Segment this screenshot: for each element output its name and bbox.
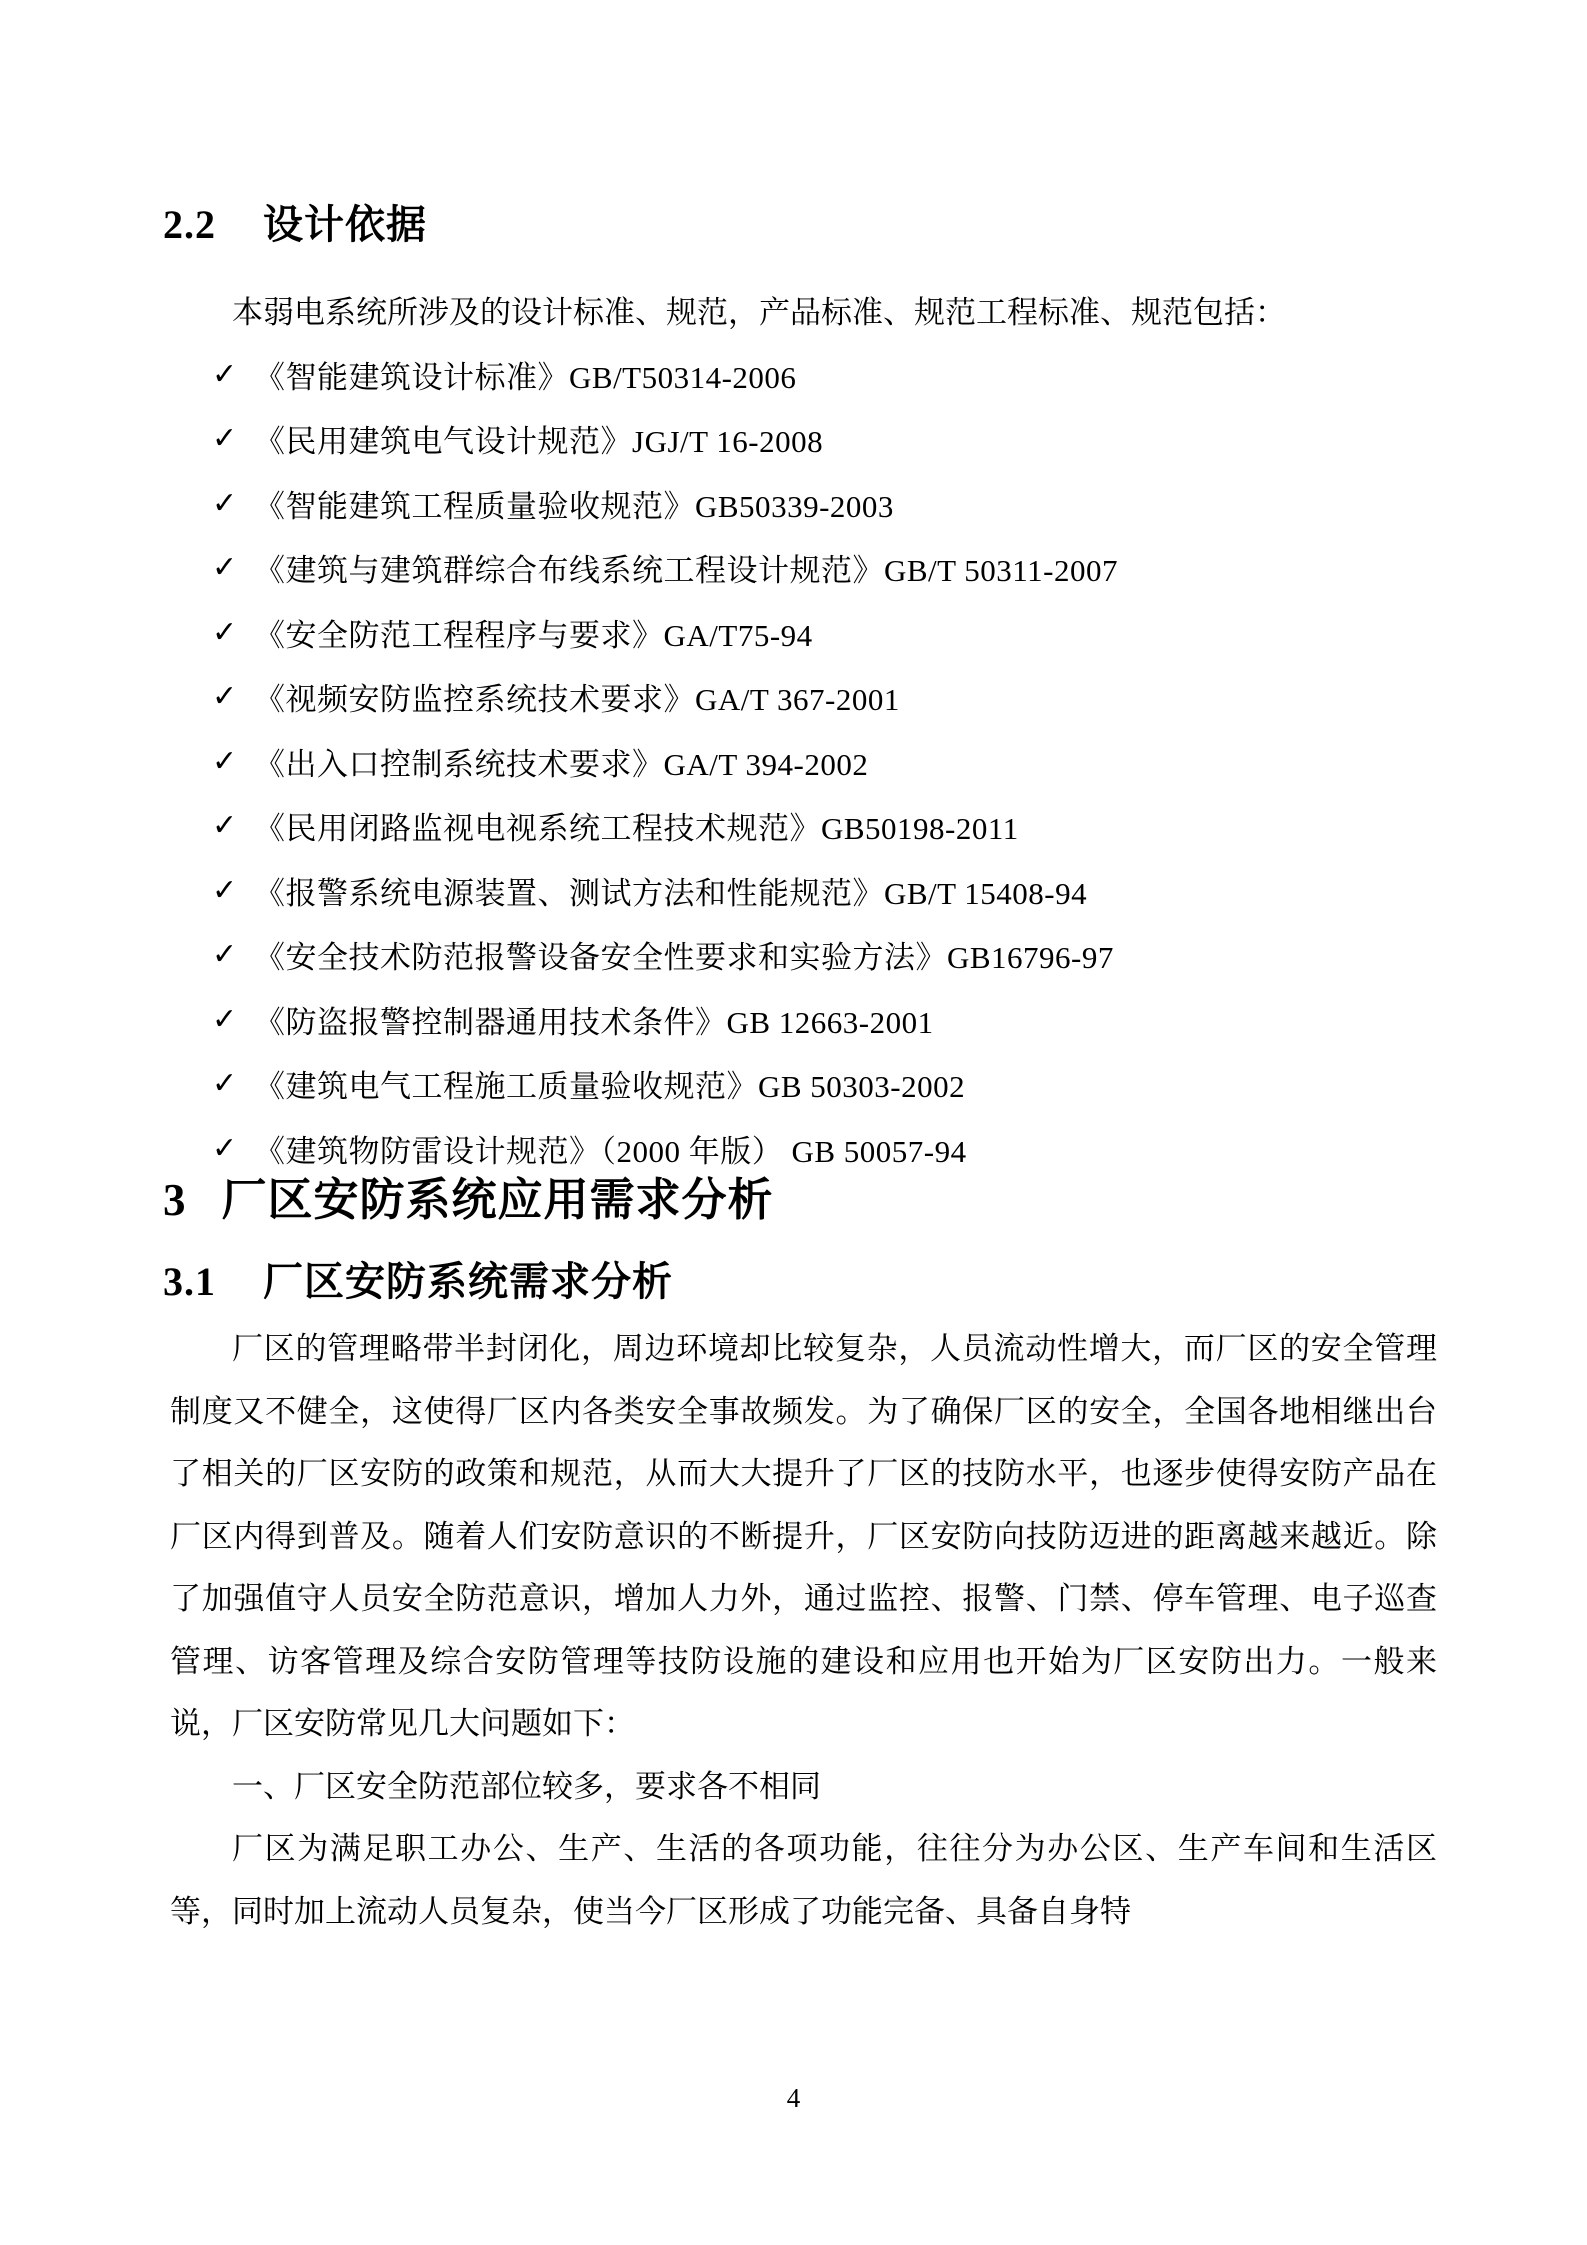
checkmark-icon: ✓ bbox=[212, 937, 254, 972]
section-number: 2.2 bbox=[163, 202, 216, 247]
list-item: ✓《视频安防监控系统技术要求》GA/T 367-2001 bbox=[212, 665, 1118, 730]
paragraph: 厂区的管理略带半封闭化，周边环境却比较复杂，人员流动性增大，而厂区的安全管理制度… bbox=[170, 1318, 1437, 1756]
section-title: 厂区安防系统应用需求分析 bbox=[222, 1174, 774, 1225]
document-page: 2.2设计依据 本弱电系统所涉及的设计标准、规范，产品标准、规范工程标准、规范包… bbox=[0, 0, 1587, 2245]
checkmark-icon: ✓ bbox=[212, 615, 254, 650]
body-text-block: 厂区的管理略带半封闭化，周边环境却比较复杂，人员流动性增大，而厂区的安全管理制度… bbox=[170, 1318, 1437, 1943]
standard-text: 《智能建筑设计标准》GB/T50314-2006 bbox=[254, 352, 796, 397]
section-title: 设计依据 bbox=[263, 203, 427, 247]
checkmark-icon: ✓ bbox=[212, 357, 254, 392]
checkmark-icon: ✓ bbox=[212, 550, 254, 585]
standard-text: 《安全防范工程程序与要求》GA/T75-94 bbox=[254, 610, 813, 655]
standard-text: 《出入口控制系统技术要求》GA/T 394-2002 bbox=[254, 739, 868, 784]
checkmark-icon: ✓ bbox=[212, 679, 254, 714]
page-number: 4 bbox=[0, 2083, 1587, 2114]
checkmark-icon: ✓ bbox=[212, 486, 254, 521]
item-heading: 一、厂区安全防范部位较多，要求各不相同 bbox=[170, 1756, 1437, 1819]
list-item: ✓《建筑电气工程施工质量验收规范》GB 50303-2002 bbox=[212, 1052, 1118, 1117]
section-number: 3.1 bbox=[163, 1259, 216, 1304]
section-heading-3-1: 3.1厂区安防系统需求分析 bbox=[163, 1250, 673, 1307]
list-item: ✓《出入口控制系统技术要求》GA/T 394-2002 bbox=[212, 729, 1118, 794]
checkmark-icon: ✓ bbox=[212, 1002, 254, 1037]
list-item: ✓《智能建筑设计标准》GB/T50314-2006 bbox=[212, 342, 1118, 407]
standard-text: 《视频安防监控系统技术要求》GA/T 367-2001 bbox=[254, 674, 900, 719]
section-heading-3: 3厂区安防系统应用需求分析 bbox=[163, 1163, 774, 1228]
list-item: ✓《报警系统电源装置、测试方法和性能规范》GB/T 15408-94 bbox=[212, 858, 1118, 923]
list-item: ✓《安全防范工程程序与要求》GA/T75-94 bbox=[212, 600, 1118, 665]
intro-paragraph: 本弱电系统所涉及的设计标准、规范，产品标准、规范工程标准、规范包括： bbox=[170, 290, 1437, 336]
list-item: ✓《智能建筑工程质量验收规范》GB50339-2003 bbox=[212, 471, 1118, 536]
section-title: 厂区安防系统需求分析 bbox=[263, 1260, 673, 1304]
standard-text: 《建筑与建筑群综合布线系统工程设计规范》GB/T 50311-2007 bbox=[254, 545, 1118, 590]
standard-text: 《智能建筑工程质量验收规范》GB50339-2003 bbox=[254, 481, 894, 526]
checkmark-icon: ✓ bbox=[212, 808, 254, 843]
checkmark-icon: ✓ bbox=[212, 1066, 254, 1101]
standard-text: 《民用建筑电气设计规范》JGJ/T 16-2008 bbox=[254, 416, 823, 461]
standard-text: 《民用闭路监视电视系统工程技术规范》GB50198-2011 bbox=[254, 803, 1019, 848]
list-item: ✓《安全技术防范报警设备安全性要求和实验方法》GB16796-97 bbox=[212, 923, 1118, 988]
standard-text: 《报警系统电源装置、测试方法和性能规范》GB/T 15408-94 bbox=[254, 868, 1087, 913]
list-item: ✓《民用闭路监视电视系统工程技术规范》GB50198-2011 bbox=[212, 794, 1118, 859]
standards-list: ✓《智能建筑设计标准》GB/T50314-2006 ✓《民用建筑电气设计规范》J… bbox=[212, 342, 1118, 1181]
list-item: ✓《民用建筑电气设计规范》JGJ/T 16-2008 bbox=[212, 407, 1118, 472]
list-item: ✓《建筑与建筑群综合布线系统工程设计规范》GB/T 50311-2007 bbox=[212, 536, 1118, 601]
standard-text: 《建筑电气工程施工质量验收规范》GB 50303-2002 bbox=[254, 1061, 965, 1106]
checkmark-icon: ✓ bbox=[212, 873, 254, 908]
section-heading-2-2: 2.2设计依据 bbox=[163, 193, 427, 250]
list-item: ✓《防盗报警控制器通用技术条件》GB 12663-2001 bbox=[212, 987, 1118, 1052]
section-number: 3 bbox=[163, 1175, 187, 1225]
paragraph: 厂区为满足职工办公、生产、生活的各项功能，往往分为办公区、生产车间和生活区等，同… bbox=[170, 1818, 1437, 1943]
standard-text: 《安全技术防范报警设备安全性要求和实验方法》GB16796-97 bbox=[254, 932, 1114, 977]
standard-text: 《防盗报警控制器通用技术条件》GB 12663-2001 bbox=[254, 997, 934, 1042]
checkmark-icon: ✓ bbox=[212, 744, 254, 779]
checkmark-icon: ✓ bbox=[212, 421, 254, 456]
checkmark-icon: ✓ bbox=[212, 1131, 254, 1166]
